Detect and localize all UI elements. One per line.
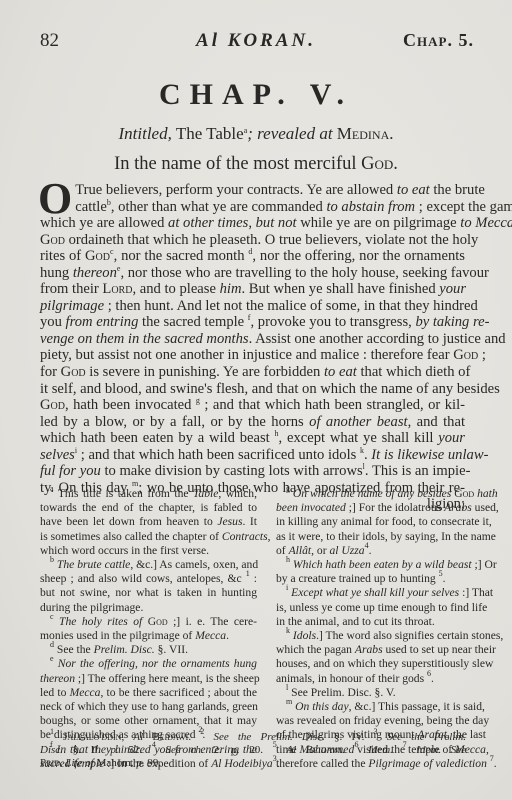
text-line: from their Lord, and to please him. But …	[40, 281, 465, 298]
text-line: pilgrimage ; then hunt. And let not the …	[40, 298, 465, 315]
footnote-line: monies used in the pilgrimage of Mecca.	[40, 629, 257, 643]
text-run: . It	[242, 515, 257, 528]
text-run: , &c.] As camels, oxen, and	[130, 558, 258, 571]
running-head: 82 Al KORAN. Chap. 5.	[40, 30, 472, 54]
footnote-line: have been let down from heaven to Jesus.…	[40, 515, 257, 529]
italic-text: venge on them in the sacred months	[40, 331, 249, 347]
text-run: it self, and blood, and swine's flesh, a…	[40, 381, 500, 397]
text-line: hung thereone, nor those who are travell…	[40, 265, 465, 282]
text-run: is severe in punishing. Ye are forbidden	[86, 364, 324, 380]
text-run: while ye are on pilgrimage	[297, 215, 461, 231]
text-run: ;	[478, 347, 486, 363]
italic-text: Mecca	[70, 686, 101, 699]
footnote-line: neck of which they use to hang garlands,…	[40, 700, 257, 714]
text-run: neck of which they use to hang garlands,…	[40, 700, 258, 713]
small-caps-text: God	[453, 347, 478, 363]
text-run: cattle	[75, 199, 107, 215]
reference-notes: 1 Jallalo'ddin, Al Beidawi. 2 See the Pr…	[40, 731, 466, 770]
text-run: animals, in honour of their gods	[276, 672, 427, 685]
text-run: §. IV.	[325, 731, 374, 743]
text-run	[393, 744, 403, 756]
footnote-l: l See Prelim. Disc. §. V.	[276, 686, 466, 700]
italic-text: pilgrimage	[40, 298, 104, 314]
footnote-line: is sometimes also called the chapter of …	[40, 530, 257, 544]
footnote-line: c The holy rites of God ;] i. e. The cer…	[40, 615, 257, 629]
footnote-line: animals, in honour of their gods 6.	[276, 672, 466, 686]
small-caps-text: Jallalo'ddin	[63, 731, 121, 743]
text-run: §. II.	[63, 744, 110, 756]
footnote-line: l See Prelim. Disc. §. V.	[276, 686, 466, 700]
text-run: which the pagan	[276, 643, 355, 656]
italic-text: Idem. See	[416, 744, 466, 756]
text-run: you	[40, 314, 66, 330]
text-run	[277, 744, 287, 756]
footnote-line: led to Mecca, to be there sacrificed ; a…	[40, 686, 257, 700]
reference-line: Disc. §. II. p. 52. 4 See ch. 2. p. 20. …	[40, 744, 466, 757]
invocation-text: In the name of the most merciful	[114, 154, 356, 174]
text-line: for God is severe in punishing. Ye are f…	[40, 364, 465, 381]
text-line: ful for you to make division by casting …	[40, 463, 465, 480]
text-run: , other than what ye are commanded	[111, 199, 327, 215]
footnote-line: i Except what ye shall kill your selves …	[276, 586, 466, 600]
text-run: ;] i. e. The cere-	[168, 615, 257, 628]
footnote-line: e Nor the offering, nor the ornaments hu…	[40, 657, 257, 671]
text-run: which hath been eaten by a wild beast	[40, 430, 275, 446]
book-page: 82 Al KORAN. Chap. 5. CHAP. V. Intitled,…	[0, 0, 512, 800]
text-run: Mahom.	[94, 757, 136, 769]
italic-text: On which the name of any besides	[293, 487, 451, 500]
italic-text: Nor the offering, nor the ornaments hung	[58, 657, 257, 670]
running-chapter: Chap. 5.	[403, 30, 474, 51]
text-run: ; except the game	[415, 199, 512, 215]
italic-text: Contracts	[222, 530, 268, 543]
small-caps-text: Prid.	[40, 757, 63, 769]
footnote-b: b The brute cattle, &c.] As camels, oxen…	[40, 558, 257, 615]
italic-text: of another beast	[309, 414, 407, 430]
footnote-line: houses, and on which they superstitiousl…	[276, 657, 466, 671]
text-run: during the pilgrimage.	[40, 601, 143, 614]
italic-text: Life of	[65, 757, 93, 769]
italic-text: ful for you	[40, 463, 101, 479]
text-run: ; then hunt. And let not the malice of s…	[104, 298, 478, 314]
footnote-h: h Which hath been eaten by a wild beast …	[276, 558, 466, 586]
italic-text: him	[220, 281, 242, 297]
text-run: , to be there sacrificed ; about the	[100, 686, 257, 699]
text-run: for	[40, 364, 61, 380]
text-run: 99.	[145, 757, 162, 769]
invocation: In the name of the most merciful God.	[0, 154, 512, 175]
text-run: is, unless ye come up time enough to fin…	[276, 601, 487, 614]
text-run: .	[431, 672, 434, 685]
text-run: , nor those who are travelling to the ho…	[120, 265, 488, 281]
text-run: is sometimes also called the chapter of	[40, 530, 222, 543]
text-run	[54, 731, 63, 743]
text-run: the brute	[430, 182, 485, 198]
text-line: cattleb, other than what ye are commande…	[40, 199, 465, 216]
text-run: See Prelim. Disc. §. V.	[288, 686, 395, 699]
small-caps-text: God	[85, 248, 110, 264]
text-run: , or	[311, 544, 329, 557]
small-caps-text: God	[40, 397, 65, 413]
text-run	[156, 744, 166, 756]
italic-text: Prelim. Disc.	[94, 643, 155, 656]
text-run: , &c.] This passage, it is said,	[349, 700, 485, 713]
italic-text: See ch.	[166, 744, 204, 756]
text-run: :	[250, 572, 257, 585]
text-run	[378, 731, 387, 743]
text-run: .	[188, 731, 200, 743]
text-run: ;] For the idolatrous	[346, 501, 444, 514]
footnote-k: k Idols.] The word also signifies certai…	[276, 629, 466, 686]
italic-text: but not	[256, 215, 297, 231]
text-run: by a creature trained up to hunting	[276, 572, 439, 585]
small-caps-text: Beidawi	[306, 744, 342, 756]
subtitle-intitled: Intitled,	[119, 124, 172, 143]
footnote-line: thereon ;] The offering here meant, is t…	[40, 672, 257, 686]
text-run: 20.	[240, 744, 273, 756]
footnote-line: boughs, or some other ornament, that it …	[40, 714, 257, 728]
small-caps-text: Lord	[102, 281, 132, 297]
italic-text: to abstain from	[326, 199, 415, 215]
italic-text: It is likewise unlaw-	[371, 447, 488, 463]
small-caps-text: Beidawi	[152, 731, 188, 743]
text-run	[296, 744, 306, 756]
footnote-line: a This title is taken from the Table, wh…	[40, 487, 257, 501]
text-run: in the animal, and to cut its throat.	[276, 615, 435, 628]
text-run: from their	[40, 281, 102, 297]
footnote-line: as it were, to their idols, by saying, I…	[276, 530, 466, 544]
text-run: , nor the sacred month	[114, 248, 249, 264]
footnote-line: of Allât, or al Uzza4.	[276, 544, 466, 558]
text-line: selvesi ; and that which hath been sacri…	[40, 447, 465, 464]
text-run: This title is taken from the	[54, 487, 193, 500]
footnote-line: been invocated ;] For the idolatrous Ara…	[276, 501, 466, 515]
small-caps-text: God	[454, 487, 474, 500]
italic-text: Mecca	[195, 629, 226, 642]
text-run: , hath been invocated	[65, 397, 196, 413]
text-run: which ye are allowed	[40, 215, 168, 231]
text-run: :] That	[459, 586, 493, 599]
subtitle-table: The Table	[176, 124, 244, 143]
footnote-e: e Nor the offering, nor the ornaments hu…	[40, 657, 257, 742]
text-run: , provoke you to transgress,	[250, 314, 415, 330]
italic-text: your	[439, 281, 466, 297]
italic-text: Arabs	[355, 643, 383, 656]
italic-text: Jesus	[217, 515, 242, 528]
small-caps-text: God	[40, 232, 65, 248]
footnote-line: towards the end of the chapter, is fable…	[40, 501, 257, 515]
chapter-subtitle: Intitled, The Tablea; revealed at Medina…	[0, 124, 512, 144]
text-run: but not swine, nor what is taken in hunt…	[40, 586, 257, 599]
text-line: piety, but assist not one another in inj…	[40, 347, 465, 364]
footnote-line: b The brute cattle, &c.] As camels, oxen…	[40, 558, 257, 572]
text-run: in killing any animal for food, to conse…	[276, 515, 492, 528]
text-run: led by a blow, or by a fall, or by the h…	[40, 414, 309, 430]
text-line: you from entring the sacred temple f, pr…	[40, 314, 465, 331]
subtitle-place: Medina.	[337, 124, 394, 143]
text-run: towards the end of the chapter, is fable…	[40, 501, 257, 514]
text-run	[358, 744, 368, 756]
small-caps-text: God	[61, 364, 86, 380]
footnote-line: m On this day, &c.] This passage, it is …	[276, 700, 466, 714]
footnote-line: g On which the name of any besides God h…	[276, 487, 466, 501]
italic-text: al Uzza	[329, 544, 364, 557]
italic-text: p.	[110, 744, 118, 756]
main-text: O True believers, perform your contracts…	[40, 182, 465, 513]
footnote-d: d See the Prelim. Disc. §. VII.	[40, 643, 257, 657]
text-line: God ordaineth that which he pleaseth. O …	[40, 232, 465, 249]
footnotes-right-column: g On which the name of any besides God h…	[276, 487, 466, 771]
text-run: which word occurs in the first verse.	[40, 544, 209, 557]
italic-text: thereon	[40, 672, 75, 685]
italic-text: p.	[136, 757, 144, 769]
italic-text: Al	[133, 731, 143, 743]
italic-text: at other times	[168, 215, 248, 231]
footnote-line: d See the Prelim. Disc. §. VII.	[40, 643, 257, 657]
text-run: See the	[54, 643, 94, 656]
footnote-line: which the pagan Arabs used to set up nea…	[276, 643, 466, 657]
italic-text: selves	[40, 447, 75, 463]
text-line: venge on them in the sacred months. Assi…	[40, 331, 465, 348]
footnote-g: g On which the name of any besides God h…	[276, 487, 466, 558]
text-run: used,	[472, 501, 499, 514]
text-run: .	[226, 629, 229, 642]
text-run: .	[369, 544, 372, 557]
italic-text: to Mecca	[460, 215, 512, 231]
footnote-line: in the animal, and to cut its throat.	[276, 615, 466, 629]
italic-text: Except what ye shall kill your selves	[291, 586, 459, 599]
italic-text: been invocated	[276, 501, 346, 514]
text-line: which hath been eaten by a wild beast h,…	[40, 430, 465, 447]
text-run: rites of	[40, 248, 85, 264]
text-line: True believers, perform your contracts. …	[40, 182, 465, 199]
text-run: , nor the offering, nor the ornaments	[252, 248, 465, 264]
text-run: , and that	[408, 414, 465, 430]
italic-text: See the Prelim.	[387, 731, 466, 743]
italic-text: On this day	[295, 700, 348, 713]
text-run: sheep ; and also wild cows, antelopes, &…	[40, 572, 246, 585]
italic-text: hath	[477, 487, 498, 500]
italic-text: thereon	[73, 265, 117, 281]
text-run: 2.	[204, 744, 232, 756]
footnote-line: which word occurs in the first verse.	[40, 544, 257, 558]
text-run	[407, 744, 417, 756]
text-run: ordaineth that which he pleaseth. O true…	[65, 232, 478, 248]
italic-text: The brute cattle	[57, 558, 130, 571]
text-run: .] The word also signifies certain stone…	[316, 629, 503, 642]
text-run: . But when ye shall have finished	[241, 281, 439, 297]
italic-text: p.	[231, 744, 239, 756]
text-run: , which,	[218, 487, 257, 500]
italic-text: by taking re-	[415, 314, 489, 330]
italic-text: See the Prelim. Disc.	[213, 731, 324, 743]
italic-text: Table	[193, 487, 218, 500]
text-run: houses, and on which they superstitiousl…	[276, 657, 493, 670]
italic-text: The holy rites of	[59, 615, 142, 628]
text-run: hung	[40, 265, 73, 281]
text-line: led by a blow, or by a fall, or by the h…	[40, 414, 465, 431]
italic-text: Arabs	[444, 501, 472, 514]
text-run: piety, but assist not one another in inj…	[40, 347, 453, 363]
italic-text: from entring	[66, 314, 139, 330]
footnote-line: sheep ; and also wild cows, antelopes, &…	[40, 572, 257, 586]
drop-cap: O	[38, 182, 72, 215]
text-run: ,	[248, 215, 255, 231]
text-run: ;] The offering here meant, is the sheep	[75, 672, 260, 685]
footnote-line: k Idols.] The word also signifies certai…	[276, 629, 466, 643]
text-run: as it were, to their idols, by saying, I…	[276, 530, 496, 543]
text-run: True believers, perform your contracts. …	[75, 182, 397, 198]
text-run: ;] Or	[472, 558, 497, 571]
italic-text: Idem.	[368, 744, 393, 756]
italic-text: Allât	[289, 544, 312, 557]
footnote-i: i Except what ye shall kill your selves …	[276, 586, 466, 629]
footnote-line: is, unless ye come up time enough to fin…	[276, 601, 466, 615]
text-run: §. VII.	[155, 643, 188, 656]
subtitle-revealed: ; revealed at	[247, 124, 332, 143]
footnote-line: was revealed on friday evening, being th…	[276, 714, 466, 728]
text-run: .	[342, 744, 354, 756]
text-run: ,	[486, 743, 489, 756]
text-line: God, hath been invocated g ; and that wh…	[40, 397, 465, 414]
text-line: rites of Godc, nor the sacred month d, n…	[40, 248, 465, 265]
reference-line: Prid. Life of Mahom. p. 99.	[40, 757, 466, 770]
italic-text: to eat	[324, 364, 357, 380]
text-run: ,	[268, 530, 271, 543]
footnote-line: but not swine, nor what is taken in hunt…	[40, 586, 257, 600]
invocation-god: God.	[361, 154, 398, 174]
text-run: that which dieth of	[357, 364, 470, 380]
italic-text: Which hath been eaten by a wild beast	[293, 558, 472, 571]
text-run: .	[494, 757, 497, 770]
text-run: have been let down from heaven to	[40, 515, 217, 528]
footnote-line: during the pilgrimage.	[40, 601, 257, 615]
italic-text: to eat	[397, 182, 430, 198]
text-run: ,	[121, 731, 133, 743]
italic-text: your	[438, 430, 465, 446]
text-run: ; and that which hath been strangled, or…	[200, 397, 465, 413]
text-run: . Assist one another according to justic…	[249, 331, 506, 347]
footnote-c: c The holy rites of God ;] i. e. The cer…	[40, 615, 257, 643]
text-run: ; and that which hath been sacrificed un…	[77, 447, 360, 463]
italic-text: Idols	[293, 629, 316, 642]
italic-text: Disc.	[40, 744, 63, 756]
footnote-line: in killing any animal for food, to conse…	[276, 515, 466, 529]
footnote-line: by a creature trained up to hunting 5.	[276, 572, 466, 586]
small-caps-text: God	[148, 615, 168, 628]
text-run: to make division by casting lots with ar…	[101, 463, 363, 479]
text-run: , and to please	[132, 281, 219, 297]
text-run: , except what ye shall kill	[279, 430, 439, 446]
text-run: .	[443, 572, 446, 585]
text-run: 52.	[119, 744, 152, 756]
chapter-heading: CHAP. V.	[0, 78, 512, 112]
text-run: the sacred temple	[138, 314, 247, 330]
text-run: led to	[40, 686, 70, 699]
italic-text: Al	[286, 744, 296, 756]
text-run: was revealed on friday evening, being th…	[276, 714, 489, 727]
text-run: boughs, or some other ornament, that it …	[40, 714, 257, 727]
text-line: it self, and blood, and swine's flesh, a…	[40, 381, 465, 398]
text-run: used to set up near their	[383, 643, 496, 656]
text-line: which ye are allowed at other times, but…	[40, 215, 465, 232]
text-run: monies used in the pilgrimage of	[40, 629, 195, 642]
footnotes-left-column: a This title is taken from the Table, wh…	[40, 487, 257, 771]
footnote-mark: 3	[374, 727, 378, 736]
footnote-a: a This title is taken from the Table, wh…	[40, 487, 257, 558]
footnote-line: h Which hath been eaten by a wild beast …	[276, 558, 466, 572]
text-run: . This is an impie-	[365, 463, 471, 479]
